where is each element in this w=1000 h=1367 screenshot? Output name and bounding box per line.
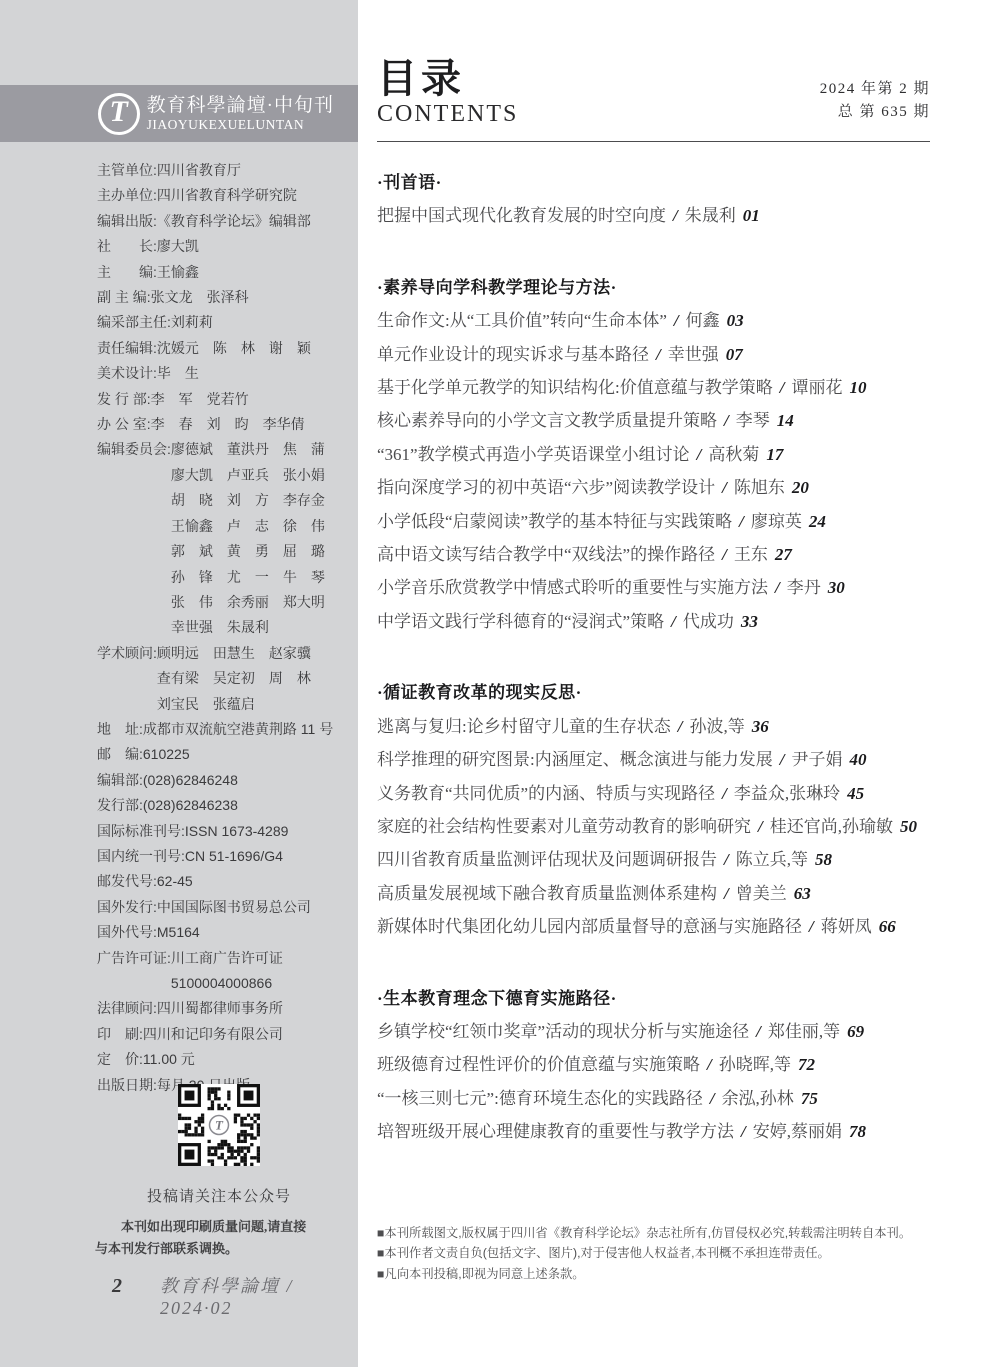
slash-separator: / [722, 784, 727, 803]
toc-entry: 小学音乐欣赏教学中情感式聆听的重要性与实施方法/李丹30 [377, 571, 930, 604]
masthead-row: 编辑出版:《教育科学论坛》编辑部 [97, 209, 349, 234]
article-title: 四川省教育质量监测评估现状及问题调研报告 [377, 850, 717, 869]
toc-entry: 生命作文:从“工具价值”转向“生命本体”/何鑫03 [377, 304, 930, 337]
masthead-value: 廖德斌 董洪丹 焦 蒲廖大凯 卢亚兵 张小娟胡 晓 刘 方 李存金王愉鑫 卢 志… [171, 437, 349, 640]
toc-body: ·刊首语·把握中国式现代化教育发展的时空向度/朱晟利01·素养导向学科教学理论与… [377, 166, 930, 1149]
masthead-label: 办 公 室: [97, 412, 151, 437]
article-title: 高质量发展视域下融合教育质量监测体系建构 [377, 884, 717, 903]
toc-entry: 把握中国式现代化教育发展的时空向度/朱晟利01 [377, 199, 930, 232]
footer-journal-name: 教育科學論壇 / 2024·02 [160, 1272, 358, 1319]
toc-entry: 家庭的社会结构性要素对儿童劳动教育的影响研究/桂还官尚,孙瑜敏50 [377, 810, 930, 843]
masthead-list: 主管单位:四川省教育厅主办单位:四川省教育科学研究院编辑出版:《教育科学论坛》编… [97, 158, 349, 1098]
article-authors: 安婷,蔡丽娟 [753, 1122, 842, 1141]
article-title: 小学音乐欣赏教学中情感式聆听的重要性与实施方法 [377, 578, 768, 597]
masthead-row: 国际标准刊号:ISSN 1673-4289 [97, 819, 349, 844]
toc-section: ·刊首语·把握中国式现代化教育发展的时空向度/朱晟利01 [377, 166, 930, 233]
slash-separator: / [724, 411, 729, 430]
article-page: 24 [809, 512, 826, 531]
slash-separator: / [678, 717, 683, 736]
masthead-value: 川工商广告许可证5100004000866 [171, 946, 349, 997]
masthead-value: 《教育科学论坛》编辑部 [157, 209, 349, 234]
masthead-row: 办 公 室:李 春 刘 昀 李华倩 [97, 412, 349, 437]
article-authors: 朱晟利 [685, 206, 736, 225]
masthead-row: 国外发行:中国国际图书贸易总公司 [97, 895, 349, 920]
toc-entry: 新媒体时代集团化幼儿园内部质量督导的意涵与实施路径/蒋妍凤66 [377, 910, 930, 943]
masthead-row: 主 编:王愉鑫 [97, 260, 349, 285]
masthead-value: 610225 [143, 742, 349, 767]
article-title: 家庭的社会结构性要素对儿童劳动教育的影响研究 [377, 817, 751, 836]
article-authors: 李丹 [787, 578, 821, 597]
masthead-value: (028)62846248 [143, 768, 349, 793]
page-number: 2 [112, 1275, 122, 1298]
qr-caption: 投稿请关注本公众号 [60, 1185, 378, 1206]
toc-entry: 班级德育过程性评价的价值意蕴与实施策略/孙晓晖,等72 [377, 1048, 930, 1081]
article-authors: 王东 [734, 545, 768, 564]
section-title: ·生本教育理念下德育实施路径· [377, 982, 930, 1015]
masthead-value-line: 5100004000866 [171, 971, 349, 996]
masthead-row: 发 行 部:李 军 党若竹 [97, 387, 349, 412]
masthead-value: 62-45 [157, 869, 349, 894]
slash-separator: / [741, 1122, 746, 1141]
masthead-row: 国外代号:M5164 [97, 920, 349, 945]
masthead-label: 编辑出版: [97, 209, 157, 234]
article-page: 17 [766, 445, 783, 464]
masthead-value: 刘莉莉 [171, 310, 349, 335]
masthead-value: 四川和记印务有限公司 [143, 1022, 349, 1047]
slash-separator: / [656, 345, 661, 364]
article-page: 50 [900, 817, 917, 836]
masthead-row: 印 刷:四川和记印务有限公司 [97, 1022, 349, 1047]
masthead-row: 国内统一刊号:CN 51-1696/G4 [97, 844, 349, 869]
contents-column: 目录 CONTENTS 2024 年第 2 期 总 第 635 期 ·刊首语·把… [377, 58, 930, 1284]
logo-initial: T [110, 97, 128, 127]
masthead-row: 编辑委员会:廖德斌 董洪丹 焦 蒲廖大凯 卢亚兵 张小娟胡 晓 刘 方 李存金王… [97, 437, 349, 640]
toc-title-en: CONTENTS [377, 100, 518, 128]
masthead-label: 国外代号: [97, 920, 157, 945]
toc-entry: 乡镇学校“红领巾奖章”活动的现状分析与实施途径/郑佳丽,等69 [377, 1015, 930, 1048]
slash-separator: / [775, 578, 780, 597]
article-authors: 孙波,等 [689, 717, 744, 736]
page-footer: 2 教育科學論壇 / 2024·02 [112, 1272, 358, 1319]
article-page: 45 [847, 784, 864, 803]
slash-separator: / [809, 917, 814, 936]
article-title: 班级德育过程性评价的价值意蕴与实施策略 [377, 1055, 700, 1074]
journal-name-cn: 教育科學論壇·中旬刊 [147, 95, 334, 117]
section-title: ·循证教育改革的现实反思· [377, 676, 930, 709]
toc-entry: “361”教学模式再造小学英语课堂小组讨论/高秋菊17 [377, 438, 930, 471]
masthead-label: 发 行 部: [97, 387, 151, 412]
masthead-value: 四川省教育科学研究院 [157, 183, 349, 208]
masthead-value: 四川蜀都律师事务所 [157, 996, 349, 1021]
toc-section: ·素养导向学科教学理论与方法·生命作文:从“工具价值”转向“生命本体”/何鑫03… [377, 271, 930, 638]
masthead-row: 地 址:成都市双流航空港黄荆路 11 号 [97, 717, 349, 742]
article-authors: 代成功 [683, 612, 734, 631]
toc-entry: 指向深度学习的初中英语“六步”阅读教学设计/陈旭东20 [377, 471, 930, 504]
toc-section: ·循证教育改革的现实反思·逃离与复归:论乡村留守儿童的生存状态/孙波,等36科学… [377, 676, 930, 943]
journal-name-en: JIAOYUKEXUELUNTAN [147, 117, 334, 132]
toc-entry: 培智班级开展心理健康教育的重要性与教学方法/安婷,蔡丽娟78 [377, 1115, 930, 1148]
slash-separator: / [722, 478, 727, 497]
slash-separator: / [739, 512, 744, 531]
article-page: 07 [726, 345, 743, 364]
masthead-value: 李 春 刘 昀 李华倩 [151, 412, 349, 437]
masthead-value: (028)62846238 [143, 793, 349, 818]
copyright-note-line: ■凡向本刊投稿,即视为同意上述条款。 [377, 1264, 930, 1285]
masthead-value: 毕 生 [157, 361, 349, 386]
slash-separator: / [707, 1055, 712, 1074]
toc-entry: 高中语文读写结合教学中“双线法”的操作路径/王东27 [377, 538, 930, 571]
journal-logo-icon: T [98, 93, 140, 135]
masthead-value: M5164 [157, 920, 349, 945]
article-page: 27 [775, 545, 792, 564]
issue-number: 2024 年第 2 期 [820, 78, 930, 101]
masthead-value-line: 廖德斌 董洪丹 焦 蒲 [171, 437, 349, 462]
article-authors: 孙晓晖,等 [719, 1055, 791, 1074]
article-authors: 陈旭东 [734, 478, 785, 497]
slash-separator: / [756, 1022, 761, 1041]
toc-entry: 科学推理的研究图景:内涵厘定、概念演进与能力发展/尹子娟40 [377, 743, 930, 776]
masthead-value-line: 廖大凯 卢亚兵 张小娟 [171, 463, 349, 488]
masthead-label: 美术设计: [97, 361, 157, 386]
article-title: 把握中国式现代化教育发展的时空向度 [377, 206, 666, 225]
masthead-row: 编辑部:(028)62846248 [97, 768, 349, 793]
masthead-label: 社 长: [97, 234, 157, 259]
article-title: 核心素养导向的小学文言文教学质量提升策略 [377, 411, 717, 430]
masthead-label: 编辑部: [97, 768, 143, 793]
slash-separator: / [710, 1089, 715, 1108]
masthead-panel: T 教育科學論壇·中旬刊 JIAOYUKEXUELUNTAN 主管单位:四川省教… [0, 0, 358, 1367]
article-page: 66 [879, 917, 896, 936]
masthead-label: 广告许可证: [97, 946, 171, 997]
masthead-label: 主 编: [97, 260, 157, 285]
masthead-label: 地 址: [97, 717, 143, 742]
article-page: 72 [798, 1055, 815, 1074]
toc-entry: 中学语文践行学科德育的“浸润式”策略/代成功33 [377, 605, 930, 638]
masthead-value: 王愉鑫 [157, 260, 349, 285]
masthead-row: 法律顾问:四川蜀都律师事务所 [97, 996, 349, 1021]
masthead-row: 美术设计:毕 生 [97, 361, 349, 386]
masthead-value-line: 顾明远 田慧生 赵家骥 [157, 641, 349, 666]
masthead-label: 学术顾问: [97, 641, 157, 717]
toc-entry: 小学低段“启蒙阅读”教学的基本特征与实践策略/廖琼英24 [377, 505, 930, 538]
qr-code: T [178, 1084, 260, 1166]
article-page: 63 [794, 884, 811, 903]
article-title: 义务教育“共同优质”的内涵、特质与实现路径 [377, 784, 715, 803]
article-title: 中学语文践行学科德育的“浸润式”策略 [377, 612, 664, 631]
toc-entry: “一核三则七元”:德育环境生态化的实践路径/余泓,孙林75 [377, 1082, 930, 1115]
masthead-value-line: 川工商广告许可证 [171, 946, 349, 971]
section-title: ·刊首语· [377, 166, 930, 199]
toc-entry: 高质量发展视域下融合教育质量监测体系建构/曾美兰63 [377, 877, 930, 910]
article-title: 指向深度学习的初中英语“六步”阅读教学设计 [377, 478, 715, 497]
masthead-label: 法律顾问: [97, 996, 157, 1021]
masthead-label: 编采部主任: [97, 310, 171, 335]
article-title: 新媒体时代集团化幼儿园内部质量督导的意涵与实施路径 [377, 917, 802, 936]
toc-title-cn: 目录 [377, 58, 518, 100]
masthead-row: 发行部:(028)62846238 [97, 793, 349, 818]
masthead-label: 国内统一刊号: [97, 844, 185, 869]
article-title: 高中语文读写结合教学中“双线法”的操作路径 [377, 545, 715, 564]
article-authors: 陈立兵,等 [736, 850, 808, 869]
section-title: ·素养导向学科教学理论与方法· [377, 271, 930, 304]
masthead-value: 中国国际图书贸易总公司 [157, 895, 349, 920]
masthead-row: 社 长:廖大凯 [97, 234, 349, 259]
article-authors: 幸世强 [668, 345, 719, 364]
article-authors: 尹子娟 [791, 750, 842, 769]
slash-separator: / [724, 850, 729, 869]
masthead-value-line: 郭 斌 黄 勇 屈 璐 [171, 539, 349, 564]
masthead-value: 沈媛元 陈 林 谢 颖 [157, 336, 349, 361]
article-title: 小学低段“启蒙阅读”教学的基本特征与实践策略 [377, 512, 732, 531]
masthead-value-line: 胡 晓 刘 方 李存金 [171, 488, 349, 513]
masthead-row: 主办单位:四川省教育科学研究院 [97, 183, 349, 208]
article-page: 03 [727, 311, 744, 330]
masthead-label: 发行部: [97, 793, 143, 818]
article-authors: 高秋菊 [708, 445, 759, 464]
article-authors: 蒋妍凤 [821, 917, 872, 936]
article-authors: 李益众,张琳玲 [734, 784, 840, 803]
masthead-row: 邮 编:610225 [97, 742, 349, 767]
masthead-label: 国外发行: [97, 895, 157, 920]
article-title: 科学推理的研究图景:内涵厘定、概念演进与能力发展 [377, 750, 773, 769]
masthead-value-line: 张 伟 余秀丽 郑大明 [171, 590, 349, 615]
article-authors: 廖琼英 [751, 512, 802, 531]
toc-entry: 义务教育“共同优质”的内涵、特质与实现路径/李益众,张琳玲45 [377, 777, 930, 810]
masthead-label: 印 刷: [97, 1022, 143, 1047]
print-note-line2: 与本刊发行部联系调换。 [95, 1238, 351, 1260]
article-page: 75 [801, 1089, 818, 1108]
masthead-row: 副 主 编:张文龙 张泽科 [97, 285, 349, 310]
print-note-line1: 本刊如出现印刷质量问题,请直接 [95, 1216, 351, 1238]
masthead-row: 广告许可证:川工商广告许可证5100004000866 [97, 946, 349, 997]
masthead-value: 11.00 元 [143, 1047, 349, 1072]
issue-info: 2024 年第 2 期 总 第 635 期 [820, 78, 930, 128]
masthead-label: 邮发代号: [97, 869, 157, 894]
masthead-value-line: 王愉鑫 卢 志 徐 伟 [171, 514, 349, 539]
masthead-value-line: 孙 锋 尤 一 牛 琴 [171, 565, 349, 590]
slash-separator: / [758, 817, 763, 836]
masthead-value: 廖大凯 [157, 234, 349, 259]
masthead-label: 邮 编: [97, 742, 143, 767]
copyright-note-line: ■本刊作者文责自负(包括文字、图片),对于侵害他人权益者,本刊概不承担连带责任。 [377, 1243, 930, 1264]
masthead-value: ISSN 1673-4289 [185, 819, 349, 844]
article-page: 14 [777, 411, 794, 430]
svg-text:T: T [215, 1118, 224, 1133]
slash-separator: / [671, 612, 676, 631]
issue-total: 总 第 635 期 [820, 101, 930, 124]
toc-entry: 单元作业设计的现实诉求与基本路径/幸世强07 [377, 338, 930, 371]
article-page: 36 [752, 717, 769, 736]
article-page: 20 [792, 478, 809, 497]
article-page: 33 [741, 612, 758, 631]
masthead-value: 成都市双流航空港黄荆路 11 号 [143, 717, 349, 742]
masthead-label: 主办单位: [97, 183, 157, 208]
slash-separator: / [724, 884, 729, 903]
article-page: 01 [743, 206, 760, 225]
slash-separator: / [780, 750, 785, 769]
slash-separator: / [780, 378, 785, 397]
masthead-row: 定 价:11.00 元 [97, 1047, 349, 1072]
toc-entry: 核心素养导向的小学文言文教学质量提升策略/李琴14 [377, 404, 930, 437]
masthead-label: 国际标准刊号: [97, 819, 185, 844]
article-title: 逃离与复归:论乡村留守儿童的生存状态 [377, 717, 671, 736]
article-title: “361”教学模式再造小学英语课堂小组讨论 [377, 445, 690, 464]
toc-entry: 逃离与复归:论乡村留守儿童的生存状态/孙波,等36 [377, 710, 930, 743]
toc-header: 目录 CONTENTS 2024 年第 2 期 总 第 635 期 [377, 58, 930, 142]
journal-logo-banner: T 教育科學論壇·中旬刊 JIAOYUKEXUELUNTAN [0, 85, 358, 142]
article-title: 基于化学单元教学的知识结构化:价值意蕴与教学策略 [377, 378, 773, 397]
masthead-row: 责任编辑:沈媛元 陈 林 谢 颖 [97, 336, 349, 361]
article-title: 培智班级开展心理健康教育的重要性与教学方法 [377, 1122, 734, 1141]
slash-separator: / [673, 206, 678, 225]
article-authors: 余泓,孙林 [722, 1089, 794, 1108]
article-title: 单元作业设计的现实诉求与基本路径 [377, 345, 649, 364]
masthead-value-line: 查有梁 吴定初 周 林 [157, 666, 349, 691]
article-title: 生命作文:从“工具价值”转向“生命本体” [377, 311, 667, 330]
slash-separator: / [674, 311, 679, 330]
article-authors: 何鑫 [686, 311, 720, 330]
masthead-label: 责任编辑: [97, 336, 157, 361]
article-authors: 曾美兰 [736, 884, 787, 903]
masthead-value: 顾明远 田慧生 赵家骥查有梁 吴定初 周 林刘宝民 张蕴启 [157, 641, 349, 717]
article-page: 78 [849, 1122, 866, 1141]
masthead-value: CN 51-1696/G4 [185, 844, 349, 869]
toc-titles: 目录 CONTENTS [377, 58, 518, 128]
masthead-row: 学术顾问:顾明远 田慧生 赵家骥查有梁 吴定初 周 林刘宝民 张蕴启 [97, 641, 349, 717]
qr-area: T 投稿请关注本公众号 [60, 1084, 378, 1206]
slash-separator: / [697, 445, 702, 464]
article-page: 10 [849, 378, 866, 397]
masthead-row: 主管单位:四川省教育厅 [97, 158, 349, 183]
masthead-value: 张文龙 张泽科 [151, 285, 349, 310]
article-authors: 桂还官尚,孙瑜敏 [770, 817, 893, 836]
print-quality-note: 本刊如出现印刷质量问题,请直接 与本刊发行部联系调换。 [95, 1216, 351, 1260]
article-title: 乡镇学校“红领巾奖章”活动的现状分析与实施途径 [377, 1022, 749, 1041]
copyright-notes: ■本刊所载图文,版权属于四川省《教育科学论坛》杂志社所有,仿冒侵权必究,转载需注… [377, 1223, 930, 1285]
article-page: 30 [828, 578, 845, 597]
masthead-value: 李 军 党若竹 [151, 387, 349, 412]
toc-entry: 基于化学单元教学的知识结构化:价值意蕴与教学策略/谭丽花10 [377, 371, 930, 404]
masthead-row: 编采部主任:刘莉莉 [97, 310, 349, 335]
article-page: 58 [815, 850, 832, 869]
masthead-value-line: 幸世强 朱晟利 [171, 615, 349, 640]
slash-separator: / [722, 545, 727, 564]
article-page: 40 [849, 750, 866, 769]
article-authors: 谭丽花 [791, 378, 842, 397]
article-page: 69 [847, 1022, 864, 1041]
article-authors: 李琴 [736, 411, 770, 430]
toc-section: ·生本教育理念下德育实施路径·乡镇学校“红领巾奖章”活动的现状分析与实施途径/郑… [377, 982, 930, 1149]
copyright-note-line: ■本刊所载图文,版权属于四川省《教育科学论坛》杂志社所有,仿冒侵权必究,转载需注… [377, 1223, 930, 1244]
article-authors: 郑佳丽,等 [768, 1022, 840, 1041]
masthead-value: 四川省教育厅 [157, 158, 349, 183]
masthead-row: 邮发代号:62-45 [97, 869, 349, 894]
masthead-label: 定 价: [97, 1047, 143, 1072]
masthead-value-line: 刘宝民 张蕴启 [157, 692, 349, 717]
toc-entry: 四川省教育质量监测评估现状及问题调研报告/陈立兵,等58 [377, 843, 930, 876]
masthead-label: 主管单位: [97, 158, 157, 183]
journal-logo-text: 教育科學論壇·中旬刊 JIAOYUKEXUELUNTAN [147, 95, 334, 132]
article-title: “一核三则七元”:德育环境生态化的实践路径 [377, 1089, 703, 1108]
masthead-label: 副 主 编: [97, 285, 151, 310]
masthead-label: 编辑委员会: [97, 437, 171, 640]
